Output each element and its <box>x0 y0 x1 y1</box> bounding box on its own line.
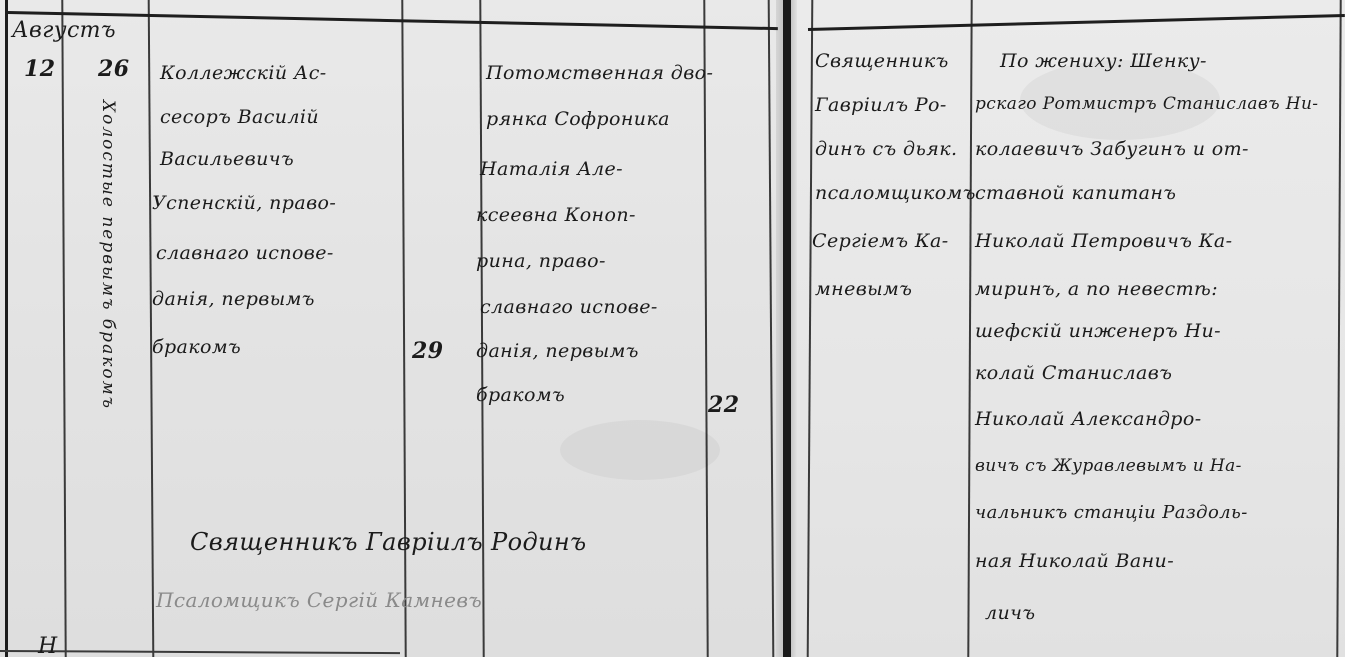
bride-line: ксеевна Коноп- <box>476 206 636 225</box>
binding-shadow-left <box>776 0 783 657</box>
witness-line: колай Станиславъ <box>975 364 1172 383</box>
witness-line: рскаго Ротмистръ Станиславъ Ни- <box>975 96 1318 113</box>
witness-line: ставной капитанъ <box>975 184 1176 203</box>
witness-line: Николай Александро- <box>975 410 1202 429</box>
binding-shadow-right <box>791 0 797 657</box>
month-header: Августъ <box>12 20 116 42</box>
bride-line: бракомъ <box>476 386 565 405</box>
witness-line: Николай Петровичъ Ка- <box>975 232 1232 251</box>
witness-line: шефскiй инженеръ Ни- <box>975 322 1221 341</box>
witness-line: вичъ съ Журавлевымъ и На- <box>975 458 1242 475</box>
vertical-marital-note: Холостые первымъ бракомъ <box>98 100 118 410</box>
groom-line: Васильевичъ <box>160 150 294 169</box>
entry-number: 26 <box>98 58 129 80</box>
left-border-rule <box>5 0 8 657</box>
bride-line: славнаго испове- <box>480 298 658 317</box>
witness-line: ная Николай Вани- <box>975 552 1174 571</box>
bride-line: рина, право- <box>476 252 606 271</box>
groom-age: 29 <box>412 340 443 362</box>
bride-line: Наталiя Але- <box>480 160 623 179</box>
psalmist-signature: Псаломщикъ Сергiй Камневъ <box>156 590 482 610</box>
groom-line: бракомъ <box>152 338 241 357</box>
officiant-line: динъ съ дьяк. <box>815 140 957 159</box>
groom-line: сесоръ Василiй <box>160 108 319 127</box>
witness-line: личъ <box>985 604 1035 623</box>
bride-line: данiя, первымъ <box>476 342 639 361</box>
witness-line: По жениху: Шенку- <box>1000 52 1207 71</box>
marriage-day: 12 <box>24 58 55 80</box>
groom-line: данiя, первымъ <box>152 290 315 309</box>
paper-stain <box>560 420 720 480</box>
bride-line: рянка Софроника <box>486 110 670 129</box>
groom-line: Успенскiй, право- <box>152 194 336 213</box>
next-entry-fragment: Н <box>38 636 58 657</box>
witness-line: чальникъ станцiи Раздоль- <box>975 504 1248 522</box>
witness-line: колаевичъ Забугинъ и от- <box>975 140 1249 159</box>
officiant-line: Гаврiилъ Ро- <box>815 96 947 115</box>
officiant-line: Священникъ <box>815 52 949 71</box>
bride-age: 22 <box>708 394 739 416</box>
priest-signature: Священникъ Гаврiилъ Родинъ <box>190 530 587 554</box>
bride-line: Потомственная дво- <box>486 64 713 83</box>
officiant-line: мневымъ <box>815 280 912 299</box>
witness-line: миринъ, а по невестѣ: <box>975 280 1218 299</box>
groom-line: Коллежскiй Ас- <box>160 64 327 83</box>
book-binding <box>783 0 791 657</box>
officiant-line: псаломщикомъ <box>815 184 976 203</box>
groom-line: славнаго испове- <box>156 244 334 263</box>
officiant-line: Сергiемъ Ка- <box>812 232 949 251</box>
